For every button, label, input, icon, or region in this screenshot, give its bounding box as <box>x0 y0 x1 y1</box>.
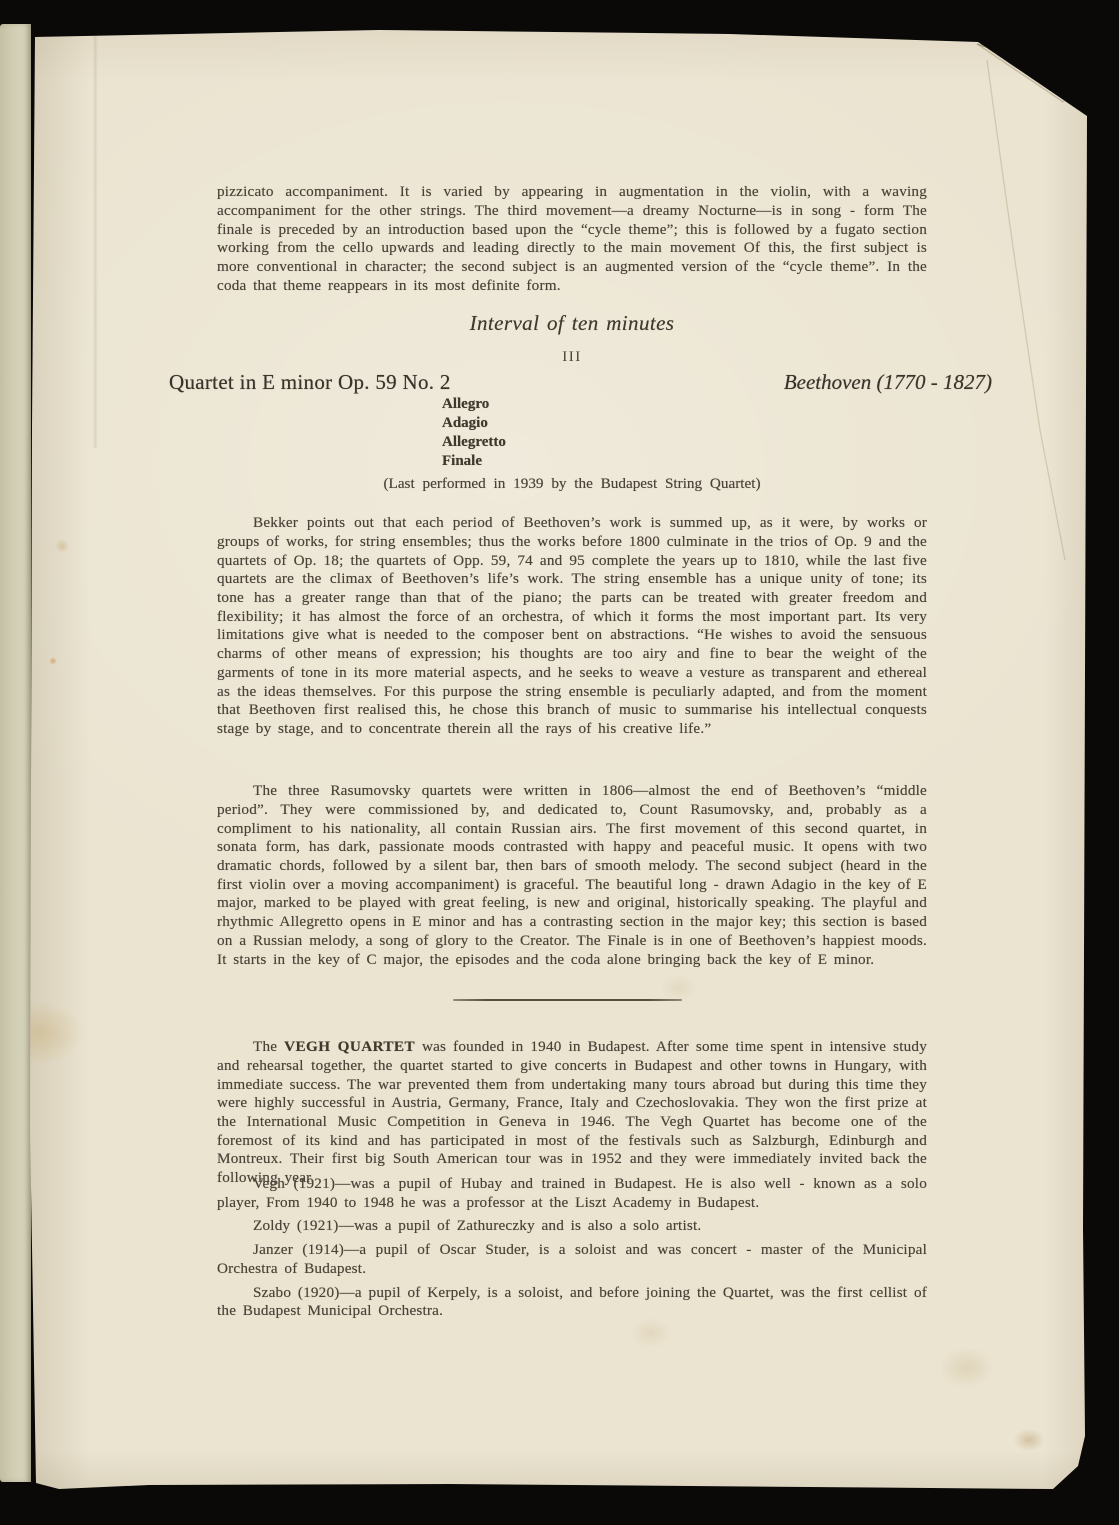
member-paragraph: Zoldy (1921)—was a pupil of Zathureczky … <box>217 1217 927 1236</box>
scan-background: pizzicato accompaniment. It is varied by… <box>0 0 1119 1525</box>
ensemble-paragraph-rest: was founded in 1940 in Budapest. After s… <box>217 1038 927 1186</box>
intro-paragraph: pizzicato accompaniment. It is varied by… <box>217 183 927 295</box>
movement-list: Allegro Adagio Allegretto Finale <box>442 395 506 471</box>
folded-corner-flap <box>977 44 1086 102</box>
ensemble-paragraph: The VEGH QUARTET was founded in 1940 in … <box>217 1038 927 1188</box>
work-title-row: Quartet in E minor Op. 59 No. 2 Beethove… <box>169 370 992 395</box>
movement-item: Adagio <box>442 414 506 433</box>
work-title: Quartet in E minor Op. 59 No. 2 <box>169 370 451 395</box>
member-list: Vegh (1921)—was a pupil of Hubay and tra… <box>217 1175 927 1326</box>
programme-note-2: The three Rasumovsky quartets were writt… <box>217 782 927 969</box>
section-divider-rule <box>453 999 682 1001</box>
ensemble-name: VEGH QUARTET <box>284 1038 415 1055</box>
fold-crease-line <box>987 60 1065 560</box>
member-paragraph: Vegh (1921)—was a pupil of Hubay and tra… <box>217 1175 927 1212</box>
member-paragraph: Szabo (1920)—a pupil of Kerpely, is a so… <box>217 1284 927 1321</box>
programme-note-1: Bekker points out that each period of Be… <box>217 514 927 738</box>
composer-name: Beethoven (1770 - 1827) <box>784 370 992 395</box>
movement-item: Finale <box>442 452 506 471</box>
adjacent-page-edge <box>0 24 31 1482</box>
movement-item: Allegretto <box>442 433 506 452</box>
interval-notice: Interval of ten minutes <box>217 311 927 336</box>
member-paragraph: Janzer (1914)—a pupil of Oscar Studer, i… <box>217 1241 927 1278</box>
fold-edge-line <box>977 44 1086 80</box>
ensemble-paragraph-prefix: The <box>253 1038 284 1055</box>
programme-page: pizzicato accompaniment. It is varied by… <box>29 28 1090 1492</box>
movement-item: Allegro <box>442 395 506 414</box>
page-corner-fold <box>949 28 1109 588</box>
last-performed-note: (Last performed in 1939 by the Budapest … <box>217 475 927 493</box>
section-numeral: III <box>217 349 927 366</box>
